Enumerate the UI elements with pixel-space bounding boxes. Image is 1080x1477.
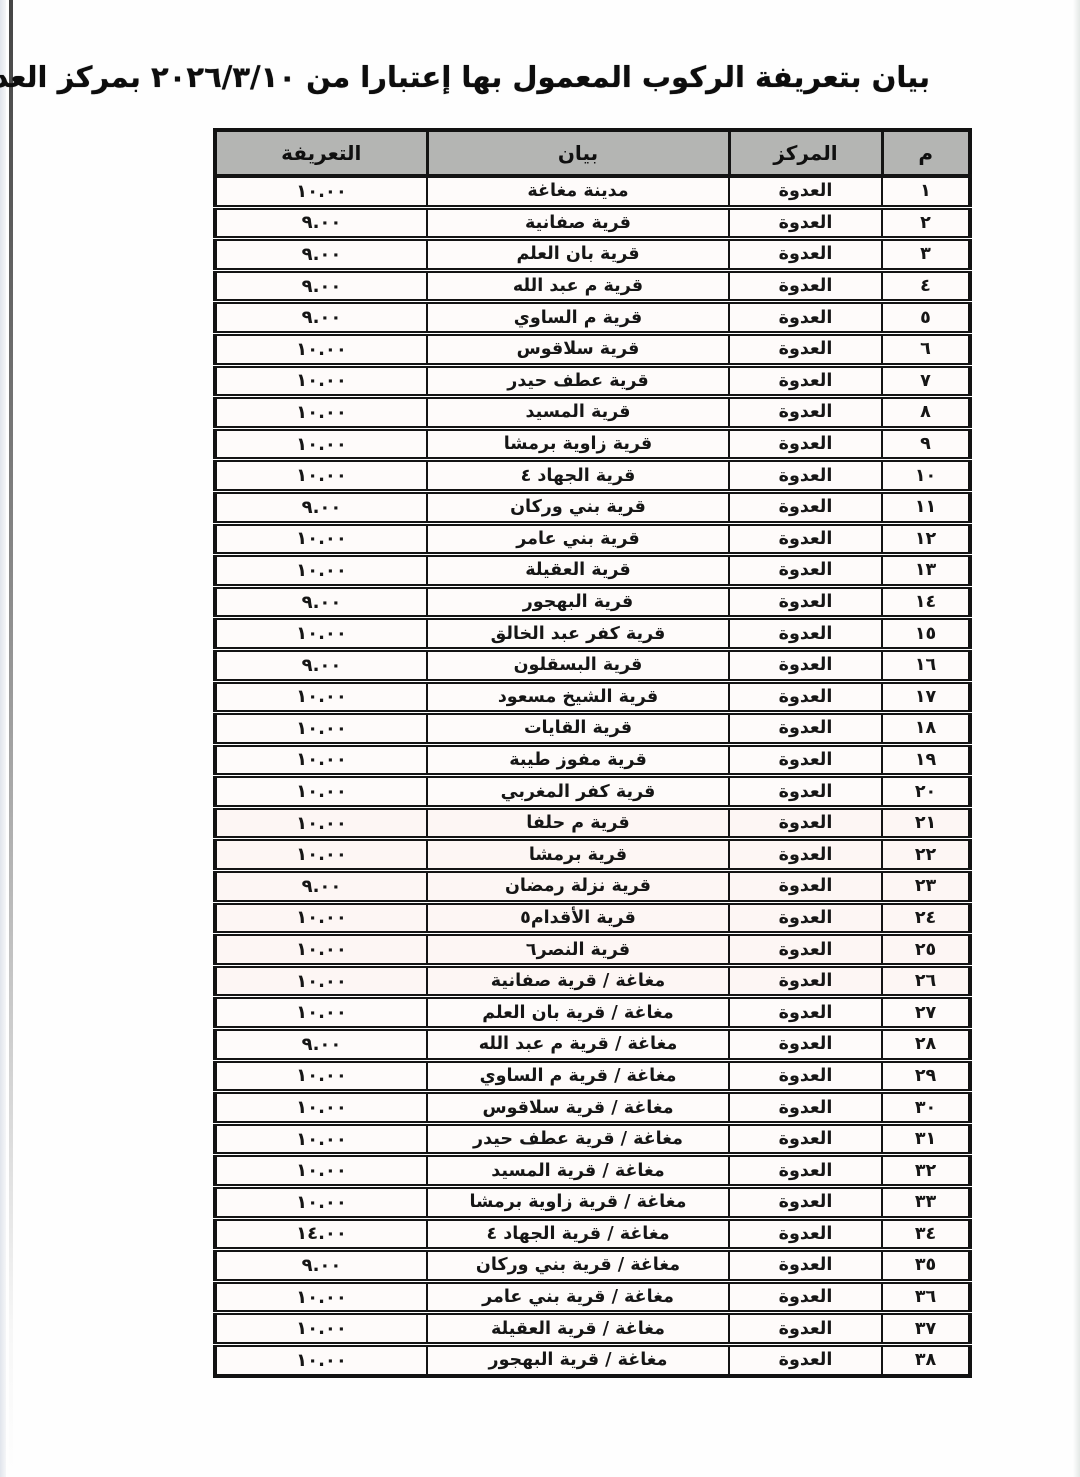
cell-statement: قرية كفر عبد الخالق xyxy=(427,618,729,650)
cell-row-number: ٢٥ xyxy=(882,934,970,966)
cell-center: العدوة xyxy=(729,1029,882,1061)
cell-row-number: ١ xyxy=(882,176,970,207)
cell-center: العدوة xyxy=(729,744,882,776)
cell-row-number: ٦ xyxy=(882,333,970,365)
cell-row-number: ١٤ xyxy=(882,586,970,618)
cell-tariff: ٩.٠٠ xyxy=(215,302,427,334)
cell-row-number: ١٩ xyxy=(882,744,970,776)
scan-artifact-line xyxy=(9,0,13,1477)
cell-center: العدوة xyxy=(729,239,882,271)
table-row: ٢٤ العدوة قرية الأقدام٥ ١٠.٠٠ xyxy=(215,902,970,934)
cell-row-number: ١٧ xyxy=(882,681,970,713)
column-header-statement: بيان xyxy=(427,130,729,176)
cell-tariff: ١٠.٠٠ xyxy=(215,681,427,713)
cell-statement: مدينة مغاغة xyxy=(427,176,729,207)
cell-statement: قرية سلاقوس xyxy=(427,333,729,365)
cell-center: العدوة xyxy=(729,586,882,618)
cell-row-number: ٣٨ xyxy=(882,1344,970,1375)
cell-center: العدوة xyxy=(729,428,882,460)
table-row: ٣٠ العدوة مغاغة / قرية سلاقوس ١٠.٠٠ xyxy=(215,1092,970,1124)
table-row: ٣٢ العدوة مغاغة / قرية المسيد ١٠.٠٠ xyxy=(215,1155,970,1187)
column-header-num: م xyxy=(882,130,970,176)
table-row: ٢٥ العدوة قرية النصر٦ ١٠.٠٠ xyxy=(215,934,970,966)
fare-table-body: ١ العدوة مدينة مغاغة ١٠.٠٠ ٢ العدوة قرية… xyxy=(215,176,970,1376)
cell-tariff: ١٠.٠٠ xyxy=(215,1187,427,1219)
cell-row-number: ١٨ xyxy=(882,713,970,745)
cell-center: العدوة xyxy=(729,839,882,871)
cell-center: العدوة xyxy=(729,965,882,997)
cell-tariff: ١٠.٠٠ xyxy=(215,618,427,650)
cell-tariff: ٩.٠٠ xyxy=(215,270,427,302)
cell-row-number: ٢٧ xyxy=(882,997,970,1029)
cell-row-number: ١٣ xyxy=(882,555,970,587)
cell-center: العدوة xyxy=(729,997,882,1029)
cell-statement: قرية برمشا xyxy=(427,839,729,871)
table-row: ٣٥ العدوة مغاغة / قرية بني وركان ٩.٠٠ xyxy=(215,1250,970,1282)
cell-row-number: ٣٢ xyxy=(882,1155,970,1187)
cell-tariff: ١٠.٠٠ xyxy=(215,176,427,207)
cell-row-number: ٣٧ xyxy=(882,1313,970,1345)
cell-statement: قرية القايات xyxy=(427,713,729,745)
cell-statement: قرية البهجور xyxy=(427,586,729,618)
cell-statement: قرية م حلفا xyxy=(427,807,729,839)
table-row: ٣٦ العدوة مغاغة / قرية بني عامر ١٠.٠٠ xyxy=(215,1281,970,1313)
cell-center: العدوة xyxy=(729,302,882,334)
cell-row-number: ٧ xyxy=(882,365,970,397)
cell-center: العدوة xyxy=(729,176,882,207)
cell-tariff: ٩.٠٠ xyxy=(215,871,427,903)
table-row: ١٣ العدوة قرية العقيلة ١٠.٠٠ xyxy=(215,555,970,587)
cell-row-number: ١٥ xyxy=(882,618,970,650)
cell-tariff: ١٠.٠٠ xyxy=(215,333,427,365)
cell-row-number: ٩ xyxy=(882,428,970,460)
cell-statement: مغاغة / قرية سلاقوس xyxy=(427,1092,729,1124)
cell-center: العدوة xyxy=(729,649,882,681)
cell-tariff: ٩.٠٠ xyxy=(215,649,427,681)
document-title: بيان بتعريفة الركوب المعمول بها إعتبارا … xyxy=(150,60,930,94)
cell-tariff: ١٠.٠٠ xyxy=(215,523,427,555)
cell-center: العدوة xyxy=(729,1123,882,1155)
fare-table-header: م المركز بيان التعريفة xyxy=(215,130,970,176)
cell-tariff: ١٤.٠٠ xyxy=(215,1218,427,1250)
cell-statement: قرية زاوية برمشا xyxy=(427,428,729,460)
cell-row-number: ٢٨ xyxy=(882,1029,970,1061)
cell-statement: قرية بان العلم xyxy=(427,239,729,271)
cell-statement: مغاغة / قرية عطف حيدر xyxy=(427,1123,729,1155)
table-row: ٢ العدوة قرية صفانية ٩.٠٠ xyxy=(215,207,970,239)
cell-tariff: ٩.٠٠ xyxy=(215,491,427,523)
cell-row-number: ٢٩ xyxy=(882,1060,970,1092)
table-row: ٣٣ العدوة مغاغة / قرية زاوية برمشا ١٠.٠٠ xyxy=(215,1187,970,1219)
column-header-center: المركز xyxy=(729,130,882,176)
table-row: ٣٧ العدوة مغاغة / قرية العقيلة ١٠.٠٠ xyxy=(215,1313,970,1345)
cell-center: العدوة xyxy=(729,681,882,713)
cell-row-number: ٣٥ xyxy=(882,1250,970,1282)
header-row: م المركز بيان التعريفة xyxy=(215,130,970,176)
table-row: ١٩ العدوة قرية مفوز طيبة ١٠.٠٠ xyxy=(215,744,970,776)
cell-center: العدوة xyxy=(729,1218,882,1250)
cell-row-number: ٣٠ xyxy=(882,1092,970,1124)
table-row: ١٨ العدوة قرية القايات ١٠.٠٠ xyxy=(215,713,970,745)
cell-tariff: ١٠.٠٠ xyxy=(215,365,427,397)
cell-row-number: ٣٤ xyxy=(882,1218,970,1250)
table-row: ١٦ العدوة قرية البسقلون ٩.٠٠ xyxy=(215,649,970,681)
cell-row-number: ٣ xyxy=(882,239,970,271)
cell-row-number: ١٢ xyxy=(882,523,970,555)
table-row: ١١ العدوة قرية بني وركان ٩.٠٠ xyxy=(215,491,970,523)
cell-statement: قرية م عبد الله xyxy=(427,270,729,302)
cell-center: العدوة xyxy=(729,618,882,650)
table-row: ١٠ العدوة قرية الجهاد ٤ ١٠.٠٠ xyxy=(215,460,970,492)
table-row: ٢٣ العدوة قرية نزلة رمضان ٩.٠٠ xyxy=(215,871,970,903)
cell-statement: قرية الجهاد ٤ xyxy=(427,460,729,492)
cell-center: العدوة xyxy=(729,1060,882,1092)
cell-tariff: ٩.٠٠ xyxy=(215,1029,427,1061)
table-row: ٥ العدوة قرية م الساوي ٩.٠٠ xyxy=(215,302,970,334)
cell-statement: مغاغة / قرية الجهاد ٤ xyxy=(427,1218,729,1250)
cell-center: العدوة xyxy=(729,1187,882,1219)
cell-statement: قرية كفر المغربي xyxy=(427,776,729,808)
cell-row-number: ٢٢ xyxy=(882,839,970,871)
cell-center: العدوة xyxy=(729,1155,882,1187)
table-row: ٧ العدوة قرية عطف حيدر ١٠.٠٠ xyxy=(215,365,970,397)
cell-statement: قرية بني وركان xyxy=(427,491,729,523)
cell-statement: قرية م الساوي xyxy=(427,302,729,334)
cell-tariff: ١٠.٠٠ xyxy=(215,839,427,871)
table-row: ٦ العدوة قرية سلاقوس ١٠.٠٠ xyxy=(215,333,970,365)
cell-row-number: ٥ xyxy=(882,302,970,334)
cell-row-number: ٤ xyxy=(882,270,970,302)
cell-tariff: ١٠.٠٠ xyxy=(215,1344,427,1375)
cell-center: العدوة xyxy=(729,365,882,397)
cell-row-number: ٢١ xyxy=(882,807,970,839)
cell-statement: مغاغة / قرية العقيلة xyxy=(427,1313,729,1345)
table-row: ٢٨ العدوة مغاغة / قرية م عبد الله ٩.٠٠ xyxy=(215,1029,970,1061)
table-row: ٢٢ العدوة قرية برمشا ١٠.٠٠ xyxy=(215,839,970,871)
cell-tariff: ٩.٠٠ xyxy=(215,1250,427,1282)
cell-tariff: ١٠.٠٠ xyxy=(215,713,427,745)
table-row: ١٤ العدوة قرية البهجور ٩.٠٠ xyxy=(215,586,970,618)
table-row: ٢٧ العدوة مغاغة / قرية بان العلم ١٠.٠٠ xyxy=(215,997,970,1029)
cell-statement: قرية بني عامر xyxy=(427,523,729,555)
table-row: ٣٨ العدوة مغاغة / قرية البهجور ١٠.٠٠ xyxy=(215,1344,970,1375)
table-row: ٢١ العدوة قرية م حلفا ١٠.٠٠ xyxy=(215,807,970,839)
cell-center: العدوة xyxy=(729,207,882,239)
cell-center: العدوة xyxy=(729,871,882,903)
cell-row-number: ٣٦ xyxy=(882,1281,970,1313)
scan-edge-left xyxy=(0,0,6,1477)
cell-statement: قرية صفانية xyxy=(427,207,729,239)
table-row: ١٥ العدوة قرية كفر عبد الخالق ١٠.٠٠ xyxy=(215,618,970,650)
cell-statement: قرية نزلة رمضان xyxy=(427,871,729,903)
cell-statement: مغاغة / قرية صفانية xyxy=(427,965,729,997)
cell-statement: مغاغة / قرية بان العلم xyxy=(427,997,729,1029)
cell-tariff: ١٠.٠٠ xyxy=(215,776,427,808)
table-row: ١ العدوة مدينة مغاغة ١٠.٠٠ xyxy=(215,176,970,207)
cell-tariff: ١٠.٠٠ xyxy=(215,397,427,429)
cell-tariff: ١٠.٠٠ xyxy=(215,934,427,966)
cell-row-number: ١١ xyxy=(882,491,970,523)
cell-statement: مغاغة / قرية المسيد xyxy=(427,1155,729,1187)
table-row: ٢٩ العدوة مغاغة / قرية م الساوي ١٠.٠٠ xyxy=(215,1060,970,1092)
cell-tariff: ١٠.٠٠ xyxy=(215,1313,427,1345)
cell-statement: قرية المسيد xyxy=(427,397,729,429)
cell-statement: قرية الشيخ مسعود xyxy=(427,681,729,713)
cell-tariff: ١٠.٠٠ xyxy=(215,902,427,934)
cell-center: العدوة xyxy=(729,523,882,555)
cell-statement: قرية مفوز طيبة xyxy=(427,744,729,776)
cell-center: العدوة xyxy=(729,807,882,839)
cell-tariff: ١٠.٠٠ xyxy=(215,1155,427,1187)
cell-center: العدوة xyxy=(729,713,882,745)
cell-statement: قرية البسقلون xyxy=(427,649,729,681)
table-row: ٣٤ العدوة مغاغة / قرية الجهاد ٤ ١٤.٠٠ xyxy=(215,1218,970,1250)
cell-tariff: ١٠.٠٠ xyxy=(215,997,427,1029)
cell-tariff: ١٠.٠٠ xyxy=(215,1123,427,1155)
cell-row-number: ٢٦ xyxy=(882,965,970,997)
cell-row-number: ٨ xyxy=(882,397,970,429)
table-row: ٢٠ العدوة قرية كفر المغربي ١٠.٠٠ xyxy=(215,776,970,808)
cell-row-number: ٣١ xyxy=(882,1123,970,1155)
cell-tariff: ١٠.٠٠ xyxy=(215,807,427,839)
cell-center: العدوة xyxy=(729,776,882,808)
cell-center: العدوة xyxy=(729,270,882,302)
cell-center: العدوة xyxy=(729,1250,882,1282)
table-row: ٣١ العدوة مغاغة / قرية عطف حيدر ١٠.٠٠ xyxy=(215,1123,970,1155)
cell-center: العدوة xyxy=(729,934,882,966)
cell-row-number: ١٠ xyxy=(882,460,970,492)
cell-center: العدوة xyxy=(729,1313,882,1345)
scan-edge-right xyxy=(1073,0,1080,1477)
fare-table: م المركز بيان التعريفة ١ العدوة مدينة مغ… xyxy=(213,128,972,1378)
cell-tariff: ١٠.٠٠ xyxy=(215,555,427,587)
cell-center: العدوة xyxy=(729,333,882,365)
table-row: ١٧ العدوة قرية الشيخ مسعود ١٠.٠٠ xyxy=(215,681,970,713)
cell-row-number: ٣٣ xyxy=(882,1187,970,1219)
table-row: ٨ العدوة قرية المسيد ١٠.٠٠ xyxy=(215,397,970,429)
cell-row-number: ١٦ xyxy=(882,649,970,681)
cell-statement: قرية النصر٦ xyxy=(427,934,729,966)
cell-tariff: ٩.٠٠ xyxy=(215,586,427,618)
cell-tariff: ١٠.٠٠ xyxy=(215,428,427,460)
cell-statement: مغاغة / قرية بني وركان xyxy=(427,1250,729,1282)
cell-tariff: ٩.٠٠ xyxy=(215,239,427,271)
cell-center: العدوة xyxy=(729,902,882,934)
cell-statement: قرية الأقدام٥ xyxy=(427,902,729,934)
table-row: ٣ العدوة قرية بان العلم ٩.٠٠ xyxy=(215,239,970,271)
column-header-tariff: التعريفة xyxy=(215,130,427,176)
cell-statement: مغاغة / قرية م عبد الله xyxy=(427,1029,729,1061)
cell-statement: مغاغة / قرية زاوية برمشا xyxy=(427,1187,729,1219)
cell-statement: مغاغة / قرية البهجور xyxy=(427,1344,729,1375)
cell-center: العدوة xyxy=(729,1092,882,1124)
table-row: ١٢ العدوة قرية بني عامر ١٠.٠٠ xyxy=(215,523,970,555)
table-row: ٩ العدوة قرية زاوية برمشا ١٠.٠٠ xyxy=(215,428,970,460)
cell-center: العدوة xyxy=(729,1281,882,1313)
cell-row-number: ٢٣ xyxy=(882,871,970,903)
cell-center: العدوة xyxy=(729,397,882,429)
cell-row-number: ٢٤ xyxy=(882,902,970,934)
cell-tariff: ١٠.٠٠ xyxy=(215,1281,427,1313)
cell-tariff: ١٠.٠٠ xyxy=(215,744,427,776)
cell-statement: مغاغة / قرية م الساوي xyxy=(427,1060,729,1092)
cell-statement: قرية عطف حيدر xyxy=(427,365,729,397)
cell-statement: مغاغة / قرية بني عامر xyxy=(427,1281,729,1313)
cell-center: العدوة xyxy=(729,1344,882,1375)
cell-tariff: ١٠.٠٠ xyxy=(215,1060,427,1092)
cell-statement: قرية العقيلة xyxy=(427,555,729,587)
table-row: ٤ العدوة قرية م عبد الله ٩.٠٠ xyxy=(215,270,970,302)
cell-center: العدوة xyxy=(729,460,882,492)
cell-tariff: ١٠.٠٠ xyxy=(215,460,427,492)
table-row: ٢٦ العدوة مغاغة / قرية صفانية ١٠.٠٠ xyxy=(215,965,970,997)
cell-tariff: ١٠.٠٠ xyxy=(215,965,427,997)
cell-center: العدوة xyxy=(729,491,882,523)
cell-tariff: ١٠.٠٠ xyxy=(215,1092,427,1124)
cell-row-number: ٢٠ xyxy=(882,776,970,808)
cell-row-number: ٢ xyxy=(882,207,970,239)
cell-center: العدوة xyxy=(729,555,882,587)
cell-tariff: ٩.٠٠ xyxy=(215,207,427,239)
